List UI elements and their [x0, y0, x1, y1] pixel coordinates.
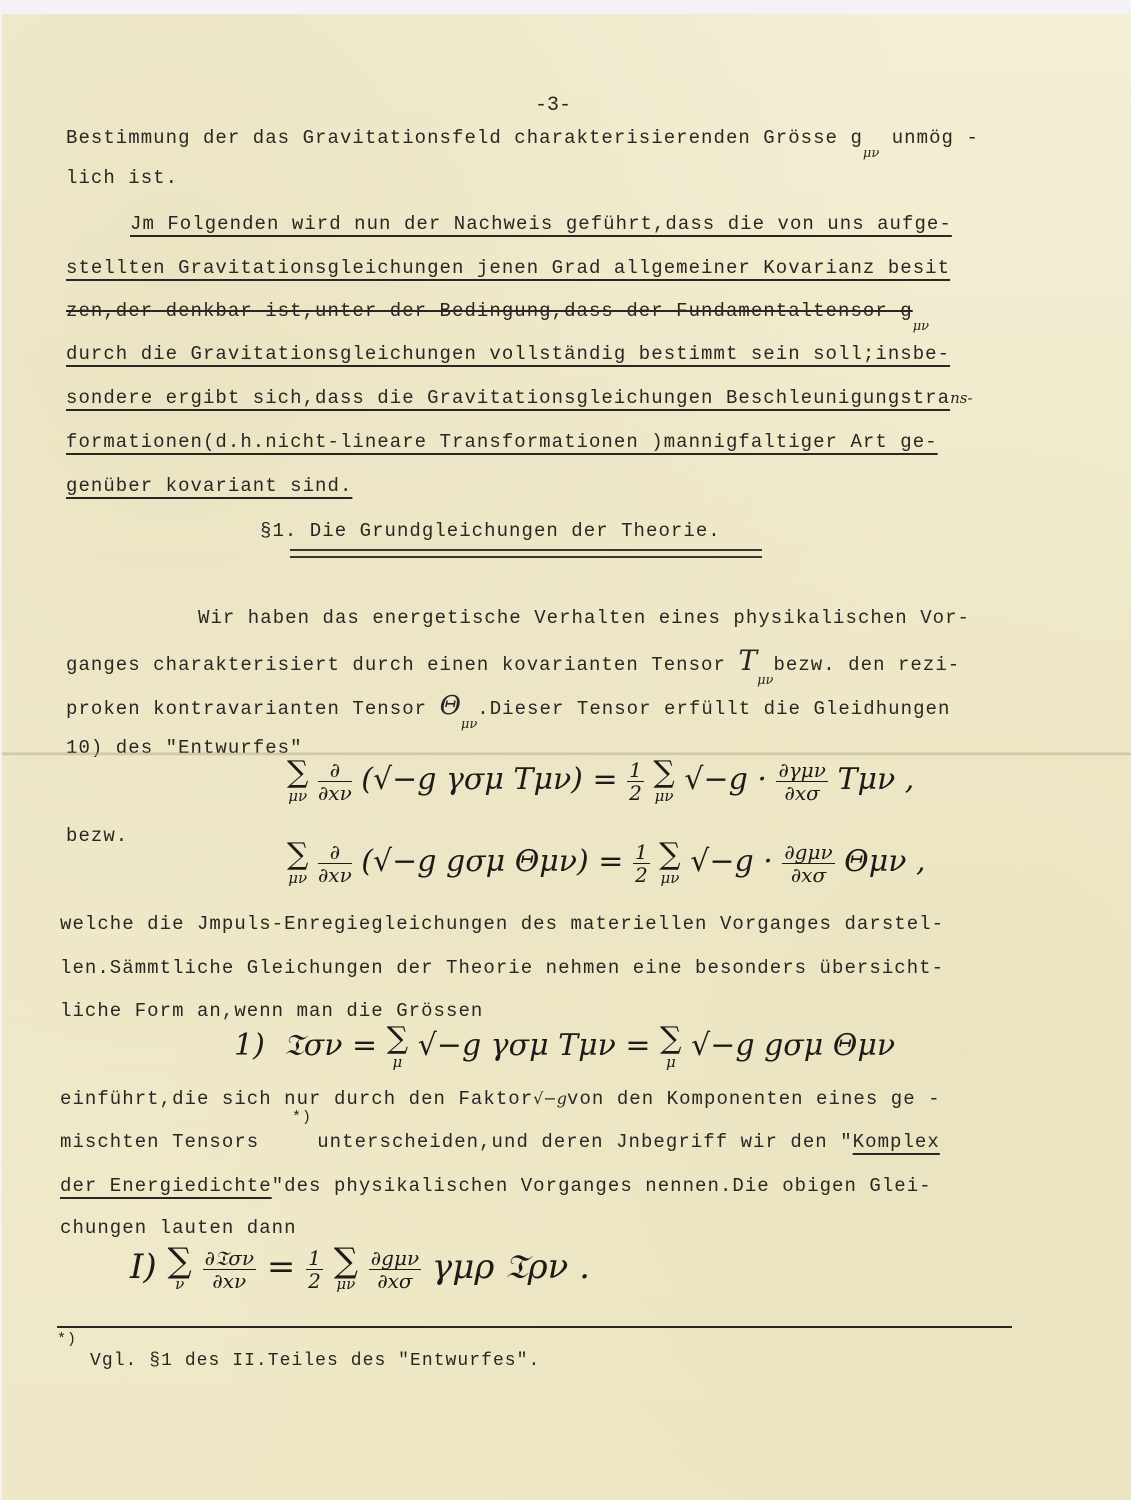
para4-line-4: chungen lauten dann [60, 1216, 297, 1240]
para3-line-2: len.Sämmtliche Gleichungen der Theorie n… [60, 956, 944, 980]
frac-num: ∂𝔗σν [203, 1247, 256, 1270]
sum-icon: ∑ [660, 1021, 681, 1056]
sum-icon: ∑ [287, 837, 308, 872]
equals-sign: = [352, 1028, 377, 1063]
subscript: μν [863, 146, 879, 161]
heading-double-rule [290, 549, 762, 558]
equation-1: 1) 𝔗σν = ∑μ √−g γσμ Tμν = ∑μ √−g gσμ Θμν [234, 1024, 895, 1070]
frac-num: ∂ [318, 841, 352, 864]
intro-text: Bestimmung der das Gravitationsfeld char… [66, 127, 863, 149]
sum-index: μν [287, 870, 308, 886]
para2-text-end: bezw. den rezi- [773, 654, 960, 676]
sum-icon: ∑ [387, 1021, 408, 1056]
bezw-label: bezw. [66, 824, 128, 848]
equation-b: ∑μν ∂∂xν (√−g gσμ Θμν) = 12 ∑μν √−g · ∂g… [287, 840, 926, 886]
sum-index: μν [287, 788, 308, 804]
page-number: -3- [535, 94, 571, 117]
sum-index: μ [387, 1054, 408, 1070]
frac-num: ∂ [318, 759, 352, 782]
para4-line-1: einführt,die sich nur durch den Faktor√−… [60, 1087, 941, 1111]
struck-text: zen,der denkbar ist,unter der Bedingung,… [66, 300, 913, 322]
eq-lhs: 𝔗σν [284, 1028, 343, 1063]
para2-text-end: .Dieser Tensor erfüllt die Gleidhungen [477, 698, 950, 720]
equation-a: ∑μν ∂∂xν (√−g γσμ Tμν) = 12 ∑μν √−g · ∂γ… [287, 758, 914, 804]
equation-label: I) [130, 1247, 157, 1287]
intro-line-1: Bestimmung der das Gravitationsfeld char… [66, 126, 979, 152]
sqrt-factor: √−g [533, 1089, 567, 1108]
para2-line-1: Wir haben das energetische Verhalten ein… [198, 606, 970, 630]
tensor-symbol-T: T [738, 644, 757, 677]
frac-den: ∂xν [203, 1270, 256, 1292]
frac-den: ∂xσ [776, 782, 827, 804]
paper-fold [2, 752, 1131, 756]
para1-line-1: Jm Folgenden wird nun der Nachweis gefüh… [130, 212, 952, 236]
para1-line-2: stellten Gravitationsgleichungen jenen G… [66, 256, 950, 280]
para4-line-2: mischten Tensorsunterscheiden,und deren … [60, 1130, 940, 1154]
tensor-symbol-theta: Θ [440, 691, 461, 721]
eq-tail: Θμν , [844, 844, 925, 879]
frac-den: 2 [306, 1270, 323, 1292]
intro-line-2: lich ist. [66, 166, 178, 190]
frac-num: 1 [633, 841, 650, 864]
frac-num: 1 [306, 1247, 323, 1270]
sum-index: μν [334, 1276, 358, 1292]
footnote-marker-inline: *) [292, 1106, 312, 1130]
para4-text-end: von den Komponenten eines ge - [567, 1088, 941, 1110]
para1-text: sondere ergibt sich,dass die Gravitation… [66, 387, 950, 409]
para4-text-end: "des physikalischen Vorganges nennen.Die… [272, 1175, 932, 1197]
para3-line-3: liche Form an,wenn man die Grössen [60, 999, 483, 1023]
para1-line-3-struck: zen,der denkbar ist,unter der Bedingung,… [66, 299, 929, 325]
equals-sign: = [598, 844, 623, 879]
underlined-term: der Energiedichte [60, 1175, 272, 1197]
eq-tail: Tμν , [837, 762, 914, 797]
frac-den: 2 [627, 782, 644, 804]
para4-text-mid: unterscheiden,und deren Jnbegriff wir de… [317, 1131, 852, 1153]
frac-den: 2 [633, 864, 650, 886]
para2-line-3: proken kontravarianten Tensor Θμν.Dieser… [66, 694, 950, 723]
para1-line-4: durch die Gravitationsgleichungen vollst… [66, 342, 950, 366]
subscript: μν [913, 319, 929, 334]
eq-tail: γμρ 𝔗ρν . [432, 1247, 590, 1287]
sum-index: μν [653, 788, 674, 804]
footnote-marker: *) [57, 1328, 77, 1352]
frac-num: ∂gμν [369, 1247, 421, 1270]
eq-root: √−g · [684, 762, 767, 797]
sum-icon: ∑ [659, 837, 680, 872]
document-page: -3- Bestimmung der das Gravitationsfeld … [2, 14, 1131, 1500]
eq-body: (√−g gσμ Θμν) [361, 844, 588, 879]
sum-icon: ∑ [287, 755, 308, 790]
frac-num: ∂γμν [776, 759, 827, 782]
sum-index: μ [660, 1054, 681, 1070]
para1-line-5: sondere ergibt sich,dass die Gravitation… [66, 386, 973, 410]
eq-term: √−g gσμ Θμν [691, 1028, 895, 1063]
equation-I: I) ∑ν ∂𝔗σν∂xν = 12 ∑μν ∂gμν∂xσ γμρ 𝔗ρν . [130, 1246, 590, 1292]
frac-num: 1 [627, 759, 644, 782]
footnote-text: Vgl. §1 des II.Teiles des "Entwurfes". [90, 1349, 540, 1373]
sum-icon: ∑ [653, 755, 674, 790]
para2-line-4: 10) des "Entwurfes" [66, 736, 303, 760]
frac-den: ∂xσ [369, 1270, 421, 1292]
para4-line-3: der Energiedichte"des physikalischen Vor… [60, 1174, 932, 1198]
handwritten-insert: ns- [950, 389, 972, 407]
frac-den: ∂xν [318, 782, 352, 804]
equals-sign: = [267, 1247, 296, 1287]
eq-body: (√−g γσμ Tμν) [361, 762, 583, 797]
subscript: μν [461, 717, 477, 732]
para1-line-6: formationen(d.h.nicht-lineare Transforma… [66, 430, 938, 454]
subscript: μν [757, 673, 773, 688]
para1-line-7: genüber kovariant sind. [66, 474, 352, 498]
para2-line-2: ganges charakterisiert durch einen kovar… [66, 649, 960, 679]
footnote-rule [57, 1326, 1012, 1328]
eq-root: √−g · [690, 844, 773, 879]
frac-den: ∂xν [318, 864, 352, 886]
para2-text: ganges charakterisiert durch einen kovar… [66, 654, 738, 676]
sum-index: μν [659, 870, 680, 886]
equals-sign: = [592, 762, 617, 797]
para4-text: mischten Tensors [60, 1131, 259, 1153]
underlined-term: Komplex [853, 1131, 940, 1153]
equals-sign: = [625, 1028, 650, 1063]
equation-label: 1) [234, 1028, 265, 1063]
para2-text: proken kontravarianten Tensor [66, 698, 440, 720]
intro-text-end: unmög - [879, 127, 979, 149]
section-heading: §1. Die Grundgleichungen der Theorie. [260, 519, 721, 543]
frac-den: ∂xσ [782, 864, 834, 886]
frac-num: ∂gμν [782, 841, 834, 864]
eq-term: √−g γσμ Tμν [418, 1028, 616, 1063]
para3-line-1: welche die Jmpuls-Enregiegleichungen des… [60, 912, 944, 936]
